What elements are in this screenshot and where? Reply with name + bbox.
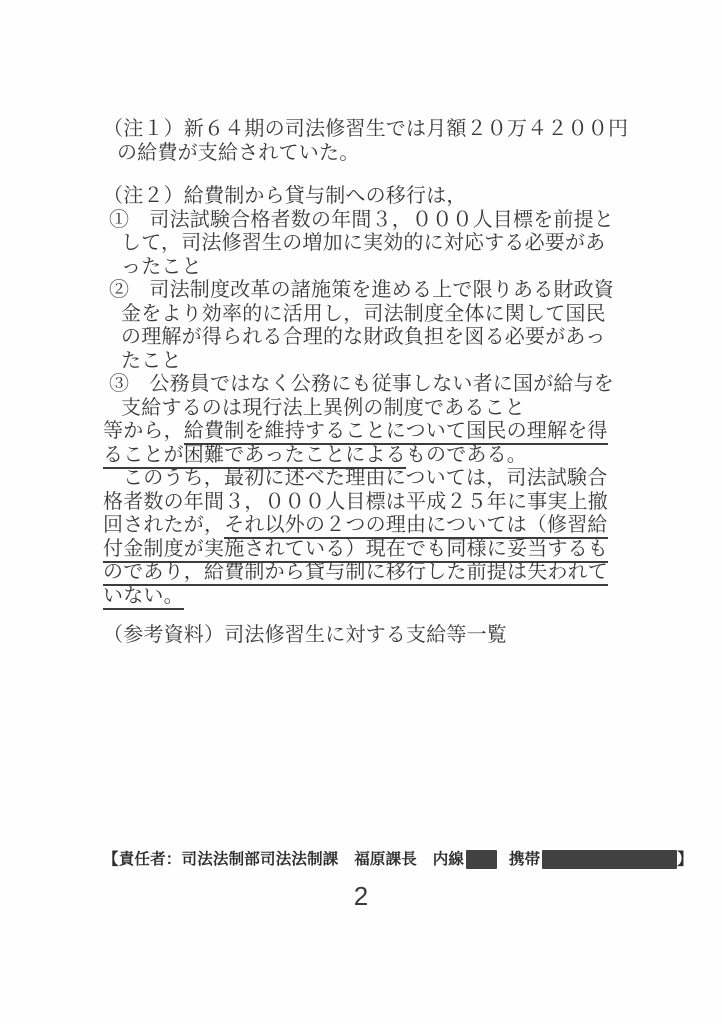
note1-line-1: （注１）新６４期の司法修習生では月額２０万４２００円 [103,118,643,142]
paragraph2-line-5: のであり，給費制から貸与制に移行した前提は失われて [103,561,643,585]
text-segment: （注１）新６４期の司法修習生では月額２０万４２００円 [103,118,628,140]
text-segment: 支給するのは現行法上異例の制度であること [121,397,525,419]
text-segment: 等から， [103,420,184,442]
text-segment: の給費が支給されていた。 [117,142,359,164]
text-segment: 金をより効率的に活用し，司法制度全体に関して国民 [121,303,606,325]
paragraph2-line-1: このうち，最初に述べた理由については，司法試験合 [123,467,643,491]
underlined-text-segment: 付金制度が実施されている）現在でも同様に妥当するも [103,538,608,563]
footer-mobile-label: 携帯 [509,849,540,870]
conclusion-line-1: 等から，給費制を維持することについて国民の理解を得 [103,420,643,444]
responsible-person-footer: 【責任者：司法法制部司法法制課 福原課長 内線 携帯 】 [103,849,693,870]
list-item-1-line-1: ① 司法試験合格者数の年間３，０００人目標を前提と [109,209,643,233]
underlined-text-segment: のであり，給費制から貸与制に移行した前提は失われて [103,561,608,586]
note2-heading: （注２）給費制から貸与制への移行は， [103,185,643,209]
redaction-box-mobile-number [542,850,677,869]
redaction-box-extension-number [466,850,497,869]
paragraph2-line-4: 付金制度が実施されている）現在でも同様に妥当するも [103,538,643,562]
underlined-text-segment: ることが困難であったことによる [103,444,406,469]
list-item-1-line-2: して，司法修習生の増加に実効的に対応する必要があ [121,232,643,256]
text-segment: （参考資料）司法修習生に対する支給等一覧 [103,624,507,646]
text-segment: の理解が得られる合理的な財政負担を図る必要があっ [121,326,606,348]
text-segment: して，司法修習生の増加に実効的に対応する必要があ [121,232,605,254]
underlined-text-segment: 給費制を維持することについて国民の理解を得 [184,420,608,445]
text-segment: ③ 公務員ではなく公務にも従事しない者に国が給与を [109,373,614,395]
list-item-3-line-1: ③ 公務員ではなく公務にも従事しない者に国が給与を [109,373,643,397]
text-segment: たこと [121,350,182,372]
paragraph2-line-6: いない。 [103,585,643,609]
text-segment: 格者数の年間３，０００人目標は平成２５年に事実上撤 [103,491,608,513]
text-segment: ったこと [121,256,202,278]
scanned-document-page: （注１）新６４期の司法修習生では月額２０万４２００円の給費が支給されていた。（注… [0,0,722,1024]
paragraph2-line-3: 回されたが，それ以外の２つの理由については（修習給 [103,514,643,538]
footer-closing-bracket: 】 [677,849,693,870]
list-item-2-line-1: ② 司法制度改革の諸施策を進める上で限りある財政資 [109,279,643,303]
page-number: 2 [0,881,722,912]
conclusion-line-2: ることが困難であったことによるものである。 [103,444,643,468]
list-item-1-line-3: ったこと [121,256,643,280]
underlined-text-segment: いない。 [103,585,184,610]
text-segment: ① 司法試験合格者数の年間３，０００人目標を前提と [109,209,614,231]
text-segment: ② 司法制度改革の諸施策を進める上で限りある財政資 [109,279,614,301]
underlined-text-segment: それ以外の２つの理由については（修習給 [224,514,607,539]
text-segment: ものである。 [406,444,527,466]
list-item-3-line-2: 支給するのは現行法上異例の制度であること [121,397,643,421]
reference-line: （参考資料）司法修習生に対する支給等一覧 [103,624,643,648]
text-segment: このうち，最初に述べた理由については，司法試験合 [123,467,607,489]
list-item-2-line-2: 金をより効率的に活用し，司法制度全体に関して国民 [121,303,643,327]
paragraph2-line-2: 格者数の年間３，０００人目標は平成２５年に事実上撤 [103,491,643,515]
text-segment: （注２）給費制から貸与制への移行は， [103,185,467,207]
list-item-2-line-4: たこと [121,350,643,374]
document-body: （注１）新６４期の司法修習生では月額２０万４２００円の給費が支給されていた。（注… [103,118,643,648]
note1-line-2: の給費が支給されていた。 [117,142,643,166]
footer-responsible-text: 【責任者：司法法制部司法法制課 福原課長 内線 [103,849,464,870]
list-item-2-line-3: の理解が得られる合理的な財政負担を図る必要があっ [121,326,643,350]
text-segment: 回されたが， [103,514,224,536]
